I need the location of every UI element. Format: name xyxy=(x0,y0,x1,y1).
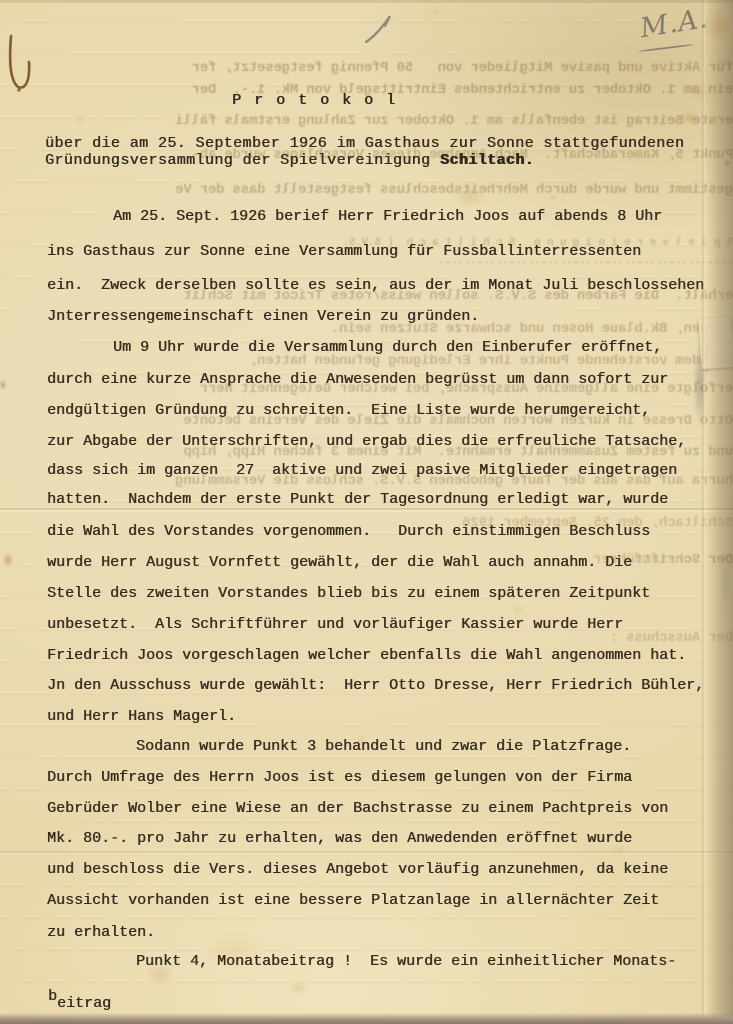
typewritten-line: durch eine kurze Ansprache die Anwesende… xyxy=(47,371,668,388)
bleed-through-line: gestimmt und wurde durch Mehrheitsbeschl… xyxy=(0,182,733,198)
typewritten-line: dass sich im ganzen 27 aktive und zwei p… xyxy=(47,462,677,479)
typewritten-line: Jn den Ausschuss wurde gewählt: Herr Ott… xyxy=(47,677,704,694)
document-subtitle-line2: Gründungsversammlung der Spielvereinigun… xyxy=(45,152,534,169)
typewritten-line: ins Gasthaus zur Sonne eine Versammlung … xyxy=(47,243,641,260)
typewritten-line: Friedrich Joos vorgeschlagen welcher ebe… xyxy=(47,647,686,664)
fold-crease xyxy=(0,508,733,510)
typewritten-line: Stelle des zweiten Vorstandes blieb bis … xyxy=(47,585,650,602)
archive-pencil-mark: M.A. xyxy=(638,3,712,45)
ink-hook-mark xyxy=(6,32,46,102)
top-page-edge xyxy=(0,0,733,3)
typewritten-line: Aussicht vorhanden ist eine bessere Plat… xyxy=(47,892,659,909)
paper-stain xyxy=(510,604,526,616)
typewritten-line: Um 9 Uhr wurde die Versammlung durch den… xyxy=(113,339,662,356)
fold-crease xyxy=(0,851,733,853)
document-subtitle-line1: über die am 25. September 1926 im Gastha… xyxy=(45,135,684,152)
typewritten-line: die Wahl des Vorstandes vorgenommen. Dur… xyxy=(47,523,650,540)
subtitle-emphasis-word: Schiltach. xyxy=(440,152,534,169)
typewritten-line: wurde Herr August Vornfett gewählt, der … xyxy=(47,554,632,571)
subtitle-text: Gründungsversammlung der Spielvereinigun… xyxy=(45,152,440,169)
bottom-page-edge xyxy=(0,1013,733,1024)
document-page: für Aktive und pasive Mitglieder von 50 … xyxy=(0,0,733,1024)
paper-stain xyxy=(287,980,309,996)
typewritten-line: Mk. 80.-. pro Jahr zu erhalten, was den … xyxy=(47,830,632,847)
catchword-beitrag: beitrag xyxy=(48,988,111,1005)
typewritten-line: Sodann wurde Punkt 3 behandelt und zwar … xyxy=(136,738,631,755)
paper-stain xyxy=(429,8,441,16)
typewritten-line: zu erhalten. xyxy=(47,924,155,941)
typewritten-line: und beschloss die Vers. dieses Angebot v… xyxy=(47,861,668,878)
bleed-through-line: für Aktive und pasive Mitglieder von 50 … xyxy=(0,60,733,76)
typewritten-line: hatten. Nachdem der erste Punkt der Tage… xyxy=(47,491,668,508)
typewritten-line: endgültigen Gründung zu schreiten. Eine … xyxy=(47,402,650,419)
catchword-initial: b xyxy=(48,988,57,1005)
typewritten-line: Gebrüder Wolber eine Wiese an der Bachst… xyxy=(47,800,668,817)
handwritten-page-number xyxy=(362,12,402,46)
typewritten-line: zur Abgabe der Unterschriften, und ergab… xyxy=(47,433,686,450)
catchword-rest: eitrag xyxy=(57,995,111,1012)
document-title: P r o t o k o l xyxy=(232,92,397,109)
typewritten-line: Am 25. Sept. 1926 berief Herr Friedrich … xyxy=(113,208,662,225)
typewritten-line: Durch Umfrage des Herrn Joos ist es dies… xyxy=(47,769,632,786)
archive-mark-underline xyxy=(638,44,694,53)
bleed-through-line: erste Beitrag ist ebenfalls am 1. Oktobe… xyxy=(0,113,733,129)
typewritten-line: Jnterressengemeinschaft einen Verein zu … xyxy=(47,308,479,325)
typewritten-line: unbesetzt. Als Schriftführer und vorläuf… xyxy=(47,616,623,633)
typewritten-line: und Herr Hans Magerl. xyxy=(47,708,236,725)
typewritten-line: Punkt 4, Monatabeitrag ! Es wurde ein ei… xyxy=(136,953,676,970)
typewritten-line: ein. Zweck derselben sollte es sein, aus… xyxy=(47,277,704,294)
